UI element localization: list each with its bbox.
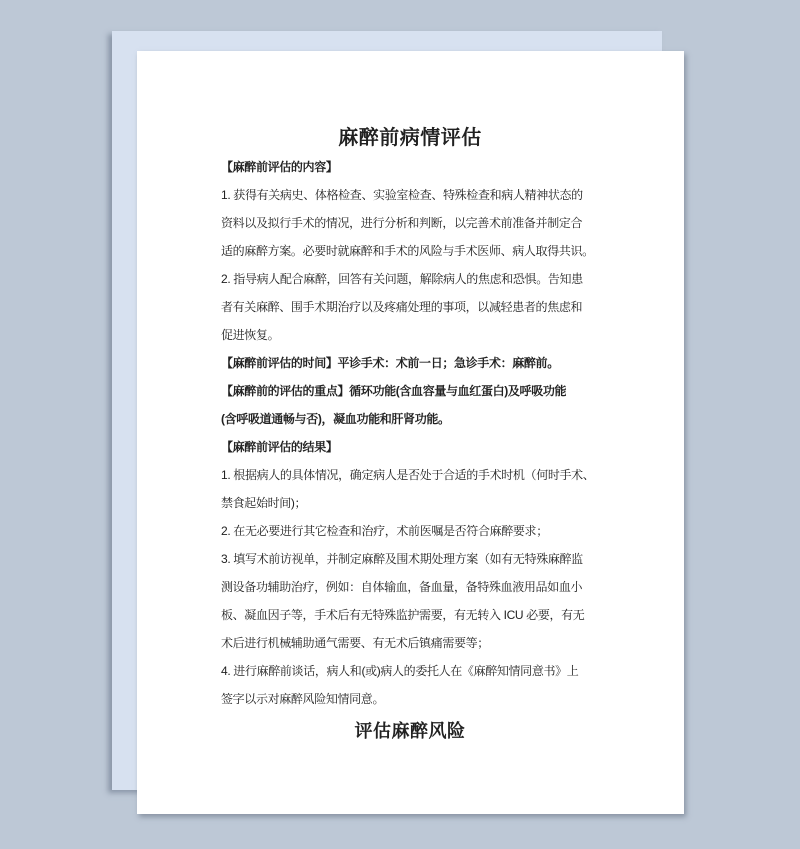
document-line: 术后进行机械辅助通气需要、有无术后镇痛需要等；	[221, 629, 599, 657]
document-line: 2. 在无必要进行其它检查和治疗，术前医嘱是否符合麻醉要求；	[221, 517, 599, 545]
document-line: 【麻醉前评估的结果】	[221, 433, 599, 461]
paper-sheet-front: 麻醉前病情评估 【麻醉前评估的内容】1. 获得有关病史、体格检查、实验室检查、特…	[137, 51, 684, 814]
document-line: 1. 获得有关病史、体格检查、实验室检查、特殊检查和病人精神状态的	[221, 181, 599, 209]
document-footer-heading: 评估麻醉风险	[221, 716, 599, 746]
document-preview-canvas: 麻醉前病情评估 【麻醉前评估的内容】1. 获得有关病史、体格检查、实验室检查、特…	[0, 0, 800, 849]
document-line: 【麻醉前评估的时间】平诊手术：术前一日；急诊手术：麻醉前。	[221, 349, 599, 377]
document-line: 签字以示对麻醉风险知情同意。	[221, 685, 599, 713]
document-line: 资料以及拟行手术的情况，进行分析和判断，以完善术前准备并制定合	[221, 209, 599, 237]
document-line: 禁食起始时间)；	[221, 489, 599, 517]
document-title: 麻醉前病情评估	[221, 123, 599, 153]
document-content: 麻醉前病情评估 【麻醉前评估的内容】1. 获得有关病史、体格检查、实验室检查、特…	[221, 51, 599, 746]
document-line: 者有关麻醉、围手术期治疗以及疼痛处理的事项，以减轻患者的焦虑和	[221, 293, 599, 321]
document-line: 促进恢复。	[221, 321, 599, 349]
document-line: 2. 指导病人配合麻醉，回答有关问题，解除病人的焦虑和恐惧。告知患	[221, 265, 599, 293]
document-line: 板、凝血因子等，手术后有无特殊监护需要，有无转入 ICU 必要，有无	[221, 601, 599, 629]
document-line: 1. 根据病人的具体情况，确定病人是否处于合适的手术时机（何时手术、	[221, 461, 599, 489]
document-line: 适的麻醉方案。必要时就麻醉和手术的风险与手术医师、病人取得共识。	[221, 237, 599, 265]
document-line: 3. 填写术前访视单，并制定麻醉及围术期处理方案（如有无特殊麻醉监	[221, 545, 599, 573]
document-body: 【麻醉前评估的内容】1. 获得有关病史、体格检查、实验室检查、特殊检查和病人精神…	[221, 153, 599, 713]
document-line: 【麻醉前的评估的重点】循环功能(含血容量与血红蛋白)及呼吸功能	[221, 377, 599, 405]
document-line: 测设备功辅助治疗，例如：自体输血，备血量，备特殊血液用品如血小	[221, 573, 599, 601]
document-line: (含呼吸道通畅与否)，凝血功能和肝肾功能。	[221, 405, 599, 433]
document-line: 【麻醉前评估的内容】	[221, 153, 599, 181]
document-line: 4. 进行麻醉前谈话，病人和(或)病人的委托人在《麻醉知情同意书》上	[221, 657, 599, 685]
